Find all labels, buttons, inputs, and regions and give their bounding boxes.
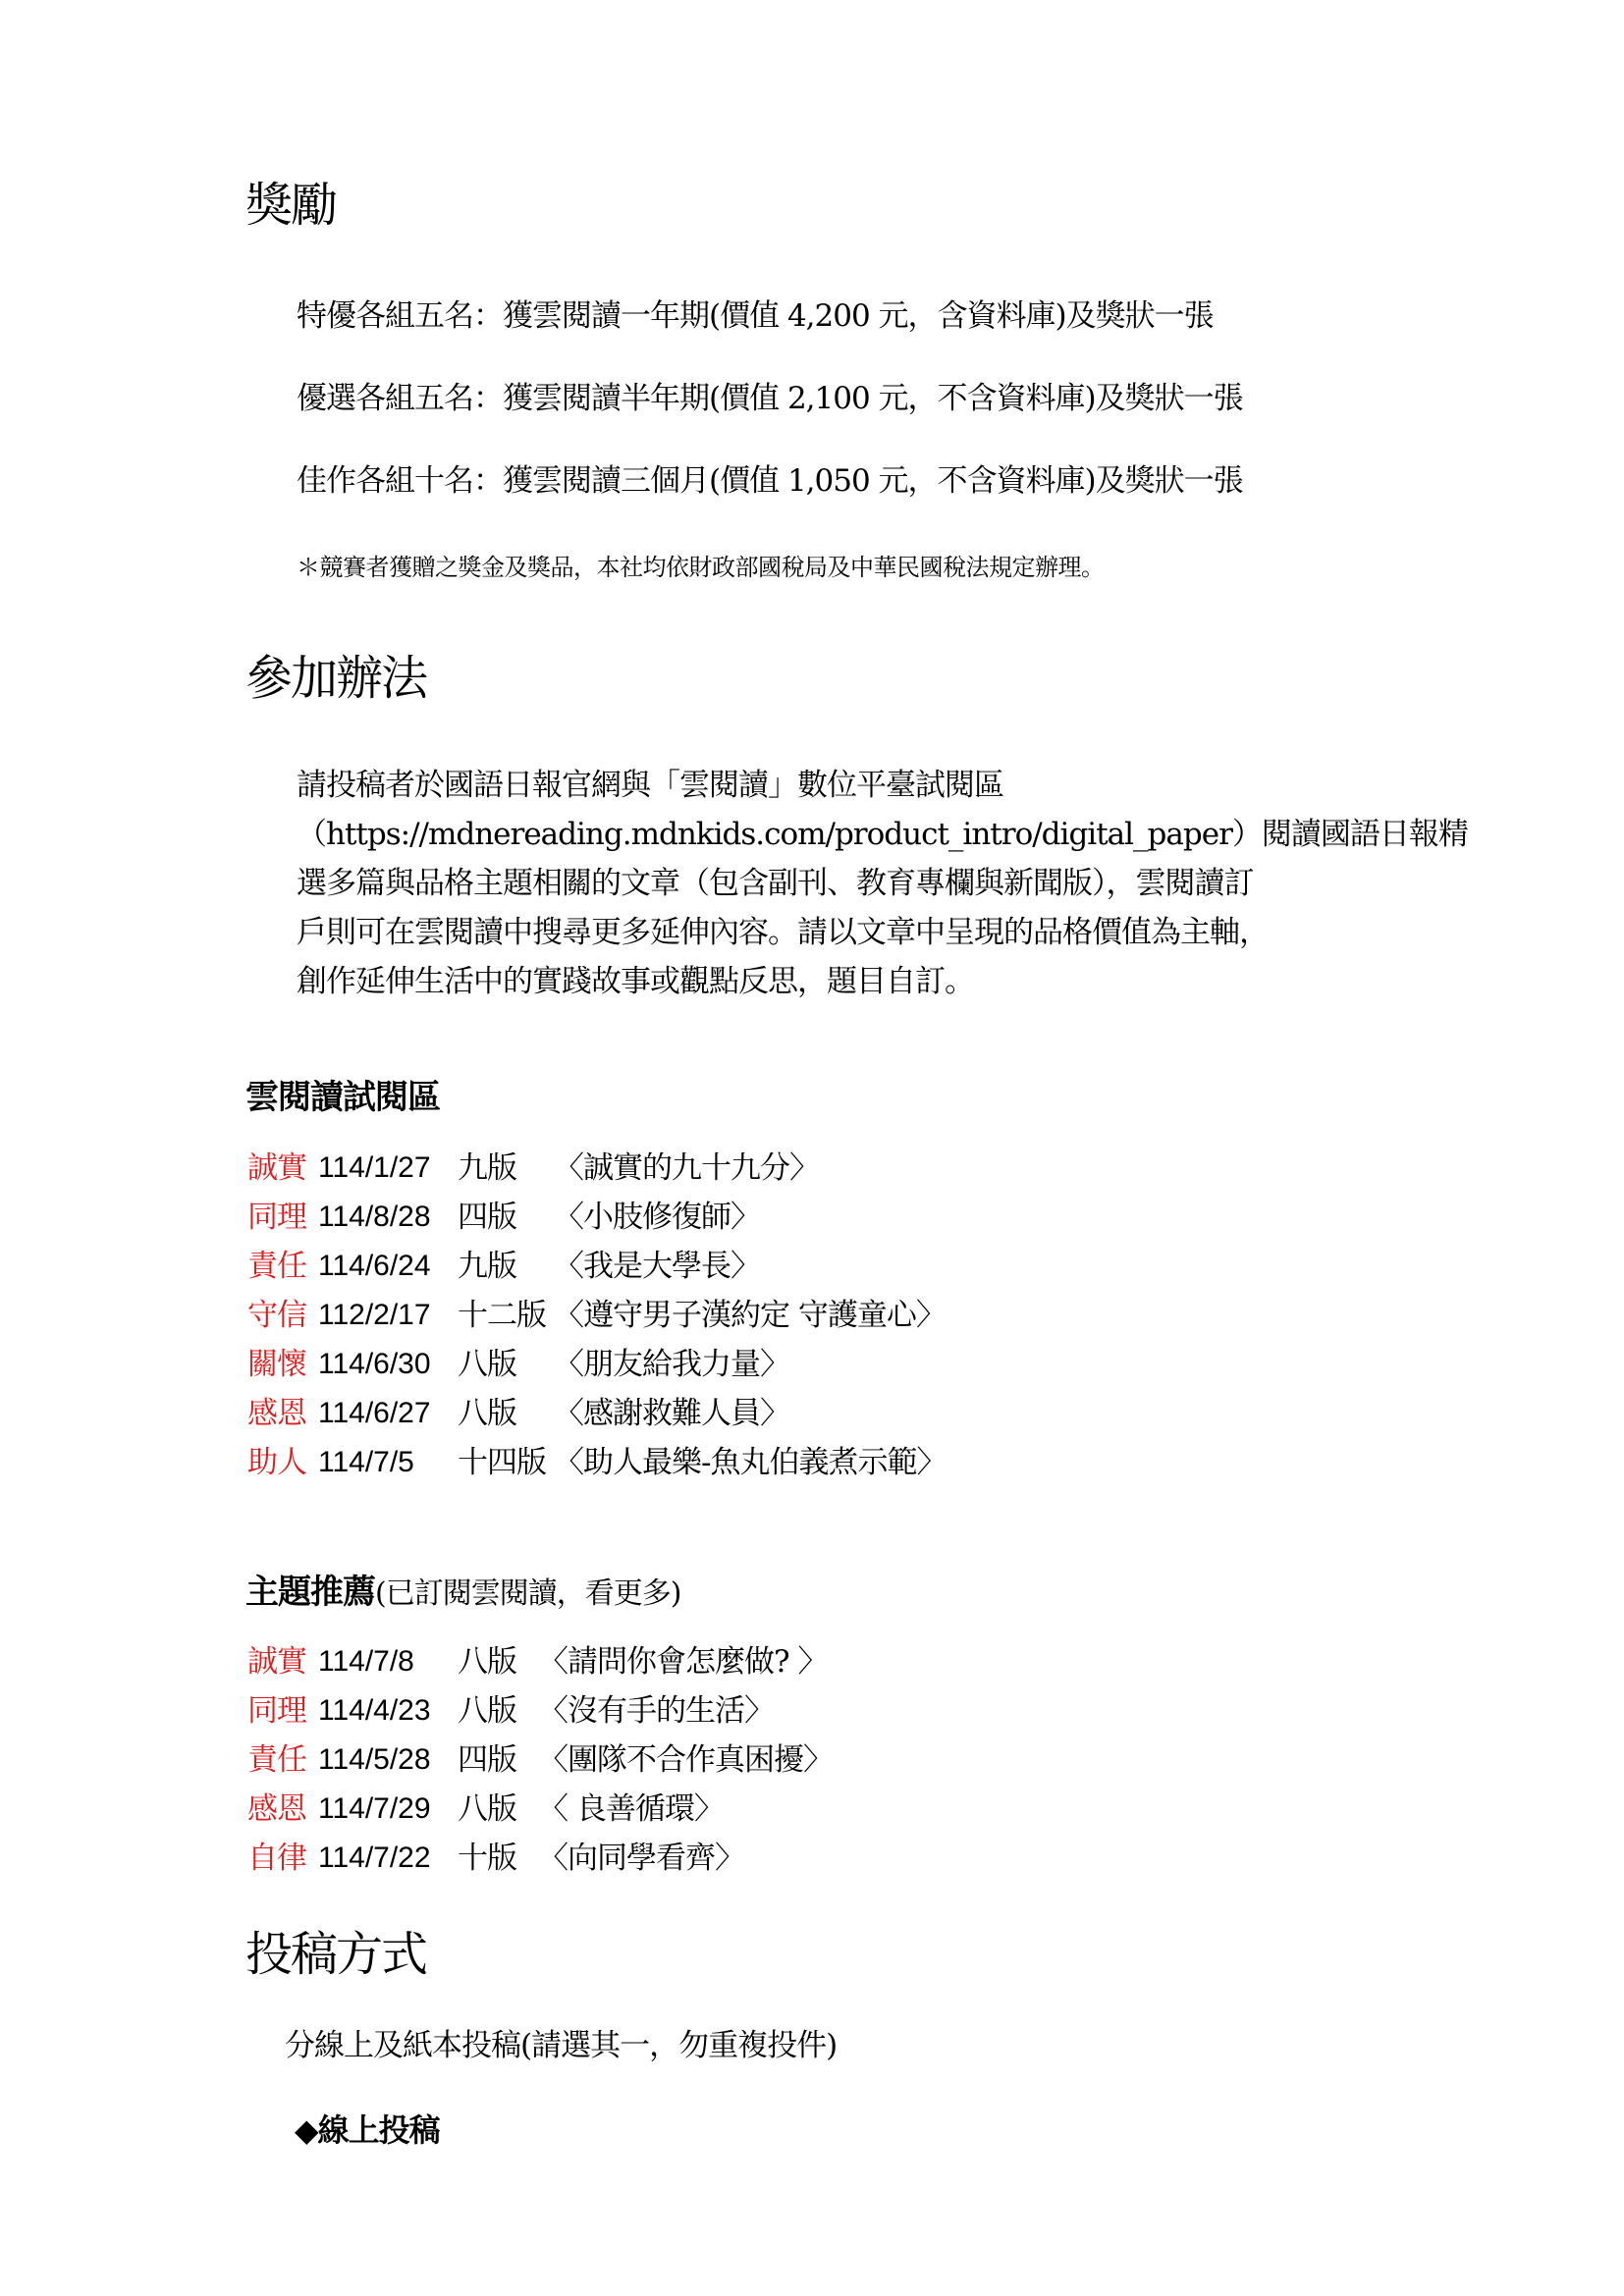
date: 114/6/30 <box>318 1340 458 1389</box>
topic-label: 感恩 <box>247 1389 318 1438</box>
topic-label: 同理 <box>247 1686 318 1735</box>
trial-area-list: 誠實114/1/27九版〈誠實的九十九分〉 同理114/8/28四版〈小肢修復師… <box>247 1144 946 1487</box>
topic-label: 自律 <box>247 1834 318 1883</box>
date: 114/1/27 <box>318 1144 458 1193</box>
recommended-heading-bold: 主題推薦 <box>245 1573 375 1612</box>
date: 114/7/22 <box>318 1834 458 1883</box>
date: 112/2/17 <box>318 1291 458 1340</box>
edition: 八版 <box>458 1389 554 1438</box>
document-page: 獎勵 特優各組五名：獲雲閱讀一年期(價值 4,200 元，含資料庫)及獎狀一張 … <box>0 0 1624 2296</box>
paragraph-line: 創作延伸生活中的實踐故事或觀點反思，題目自訂。 <box>297 957 1468 1006</box>
article-title: 〈我是大學長〉 <box>554 1242 760 1291</box>
date: 114/6/27 <box>318 1389 458 1438</box>
edition: 九版 <box>458 1144 554 1193</box>
recommended-heading-note: (已訂閱雲閱讀，看更多) <box>375 1576 680 1611</box>
topic-label: 同理 <box>247 1193 318 1242</box>
list-item: 誠實114/1/27九版〈誠實的九十九分〉 <box>247 1144 946 1193</box>
list-item: 責任114/6/24九版〈我是大學長〉 <box>247 1242 946 1291</box>
list-item: 自律114/7/22十版〈向同學看齊〉 <box>247 1834 833 1883</box>
trial-area-heading: 雲閱讀試閱區 <box>245 1070 440 1118</box>
article-title: 〈誠實的九十九分〉 <box>554 1144 819 1193</box>
recommended-list: 誠實114/7/8八版〈請問你會怎麼做? 〉 同理114/4/23八版〈沒有手的… <box>247 1637 833 1883</box>
edition: 四版 <box>458 1193 554 1242</box>
award-item-excellent: 優選各組五名：獲雲閱讀半年期(價值 2,100 元，不含資料庫)及獎狀一張 <box>297 373 1243 417</box>
list-item: 感恩114/6/27八版〈感謝救難人員〉 <box>247 1389 946 1438</box>
participation-paragraph: 請投稿者於國語日報官網與「雲閱讀」數位平臺試閱區 （https://mdnere… <box>297 761 1468 1006</box>
paragraph-line-url[interactable]: （https://mdnereading.mdnkids.com/product… <box>297 810 1468 859</box>
article-title: 〈助人最樂-魚丸伯義煮示範〉 <box>554 1438 946 1487</box>
article-title: 〈遵守男子漢約定 守護童心〉 <box>554 1291 946 1340</box>
tax-note: ＊競賽者獲贈之獎金及獎品，本社均依財政部國稅局及中華民國稅法規定辦理。 <box>297 548 1105 582</box>
edition: 十二版 <box>458 1291 554 1340</box>
date: 114/6/24 <box>318 1242 458 1291</box>
topic-label: 責任 <box>247 1242 318 1291</box>
article-title: 〈小肢修復師〉 <box>554 1193 760 1242</box>
topic-label: 關懷 <box>247 1340 318 1389</box>
paragraph-line: 請投稿者於國語日報官網與「雲閱讀」數位平臺試閱區 <box>297 761 1468 810</box>
topic-label: 誠實 <box>247 1637 318 1686</box>
edition: 九版 <box>458 1242 554 1291</box>
topic-label: 誠實 <box>247 1144 318 1193</box>
topic-label: 助人 <box>247 1438 318 1487</box>
topic-label: 責任 <box>247 1735 318 1785</box>
list-item: 同理114/4/23八版〈沒有手的生活〉 <box>247 1686 833 1735</box>
edition: 八版 <box>458 1686 538 1735</box>
list-item: 責任114/5/28四版〈團隊不合作真困擾〉 <box>247 1735 833 1785</box>
awards-heading: 獎勵 <box>245 167 336 235</box>
list-item: 關懷114/6/30八版〈朋友給我力量〉 <box>247 1340 946 1389</box>
list-item: 守信112/2/17十二版〈遵守男子漢約定 守護童心〉 <box>247 1291 946 1340</box>
article-title: 〈 良善循環〉 <box>538 1785 724 1834</box>
online-submission-label: ◆線上投稿 <box>295 2106 440 2151</box>
list-item: 同理114/8/28四版〈小肢修復師〉 <box>247 1193 946 1242</box>
award-item-top: 特優各組五名：獲雲閱讀一年期(價值 4,200 元，含資料庫)及獎狀一張 <box>297 291 1214 335</box>
list-item: 感恩114/7/29八版〈 良善循環〉 <box>247 1785 833 1834</box>
list-item: 助人114/7/5十四版〈助人最樂-魚丸伯義煮示範〉 <box>247 1438 946 1487</box>
paragraph-line: 戶則可在雲閱讀中搜尋更多延伸內容。請以文章中呈現的品格價值為主軸， <box>297 908 1468 957</box>
article-title: 〈朋友給我力量〉 <box>554 1340 789 1389</box>
topic-label: 守信 <box>247 1291 318 1340</box>
edition: 十版 <box>458 1834 538 1883</box>
award-item-merit: 佳作各組十名：獲雲閱讀三個月(價值 1,050 元，不含資料庫)及獎狀一張 <box>297 455 1243 500</box>
submission-intro: 分線上及紙本投稿(請選其一，勿重複投件) <box>285 2020 837 2064</box>
date: 114/7/29 <box>318 1785 458 1834</box>
article-title: 〈沒有手的生活〉 <box>538 1686 774 1735</box>
participation-heading: 參加辦法 <box>245 640 426 708</box>
article-title: 〈團隊不合作真困擾〉 <box>538 1735 833 1785</box>
article-title: 〈請問你會怎麼做? 〉 <box>538 1637 827 1686</box>
recommended-heading: 主題推薦(已訂閱雲閱讀，看更多) <box>245 1565 680 1613</box>
edition: 四版 <box>458 1735 538 1785</box>
date: 114/5/28 <box>318 1735 458 1785</box>
article-title: 〈向同學看齊〉 <box>538 1834 744 1883</box>
edition: 八版 <box>458 1340 554 1389</box>
paragraph-line: 選多篇與品格主題相關的文章（包含副刊、教育專欄與新聞版），雲閱讀訂 <box>297 859 1468 908</box>
date: 114/7/8 <box>318 1637 458 1686</box>
date: 114/4/23 <box>318 1686 458 1735</box>
submission-heading: 投稿方式 <box>245 1916 426 1984</box>
date: 114/8/28 <box>318 1193 458 1242</box>
edition: 八版 <box>458 1637 538 1686</box>
article-title: 〈感謝救難人員〉 <box>554 1389 789 1438</box>
list-item: 誠實114/7/8八版〈請問你會怎麼做? 〉 <box>247 1637 833 1686</box>
edition: 十四版 <box>458 1438 554 1487</box>
date: 114/7/5 <box>318 1438 458 1487</box>
topic-label: 感恩 <box>247 1785 318 1834</box>
edition: 八版 <box>458 1785 538 1834</box>
